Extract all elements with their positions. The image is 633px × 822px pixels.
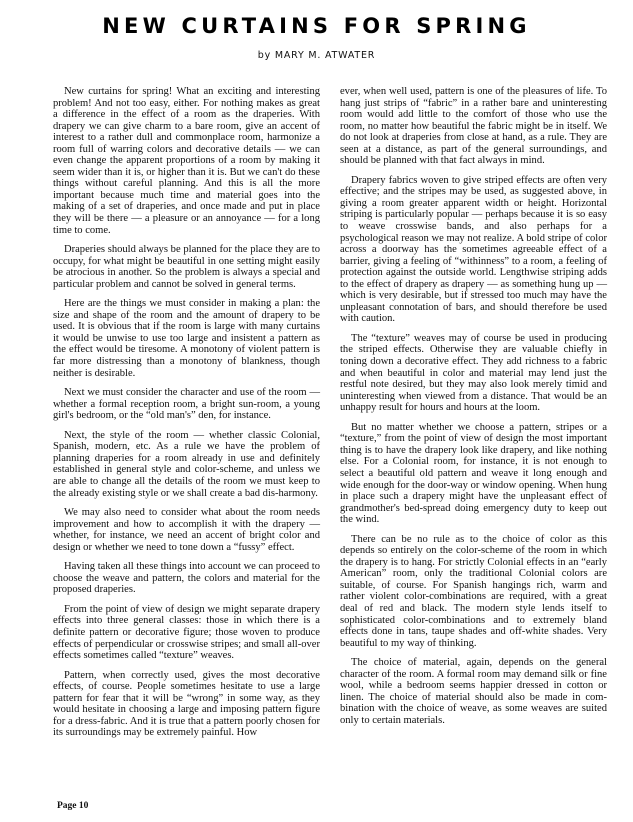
paragraph: Next, the style of the room — whether cl… [53, 430, 320, 499]
paragraph: But no matter whether we choose a patter… [340, 422, 607, 526]
page-number: Page 10 [57, 801, 88, 811]
article-title: NEW CURTAINS FOR SPRING [0, 14, 633, 38]
paragraph: We may also need to consider what about … [53, 507, 320, 553]
paragraph: From the point of view of design we migh… [53, 604, 320, 662]
paragraph: Pattern, when correctly used, gives the … [53, 670, 320, 739]
paragraph: The choice of material, again, depends o… [340, 657, 607, 726]
paragraph: There can be no rule as to the choice of… [340, 534, 607, 649]
paragraph-continued: ever, when well used, pattern is one of … [340, 86, 607, 167]
paragraph: Drapery fabrics woven to give striped ef… [340, 175, 607, 325]
paragraph: New curtains for spring! What an excitin… [53, 86, 320, 236]
article-byline: by MARY M. ATWATER [0, 50, 633, 61]
right-column: ever, when well used, pattern is one of … [340, 86, 607, 734]
paragraph: Here are the things we must consider in … [53, 298, 320, 379]
paragraph: Next we must consider the character and … [53, 387, 320, 422]
paragraph: Having taken all these things into accou… [53, 561, 320, 596]
paragraph: The “texture” weaves may of course be us… [340, 333, 607, 414]
left-column: New curtains for spring! What an excitin… [53, 86, 320, 747]
paragraph: Draperies should always be planned for t… [53, 244, 320, 290]
